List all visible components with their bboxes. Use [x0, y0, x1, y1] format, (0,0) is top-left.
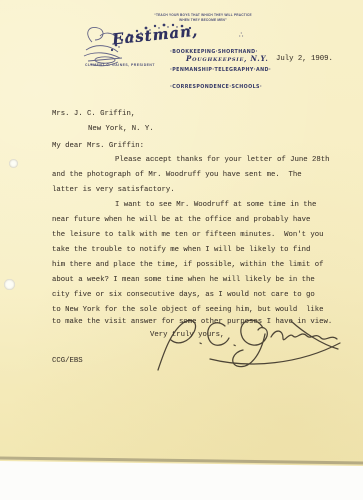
initials-line: CCG/EBS [52, 357, 83, 365]
body-line: city five or six consecutive days, as I … [52, 291, 315, 299]
body-line: and the photograph of Mr. Woodruff you h… [52, 171, 302, 179]
body-line: about a week? I mean some time when he w… [52, 276, 315, 284]
school-line-2: ·PENMANSHIP·TELEGRAPHY·AND· [170, 68, 271, 74]
city-line: Poughkeepsie, N.Y. [186, 54, 269, 63]
school-line-3: ·CORRESPONDENCE·SCHOOLS· [170, 85, 271, 91]
date-line: July 2, 1909. [276, 55, 333, 63]
scan-background: “TEACH YOUR BOYS THAT WHICH THEY WILL PR… [0, 0, 363, 500]
punch-hole-bottom [4, 279, 15, 290]
handwritten-signature [140, 312, 345, 378]
body-line: near future when he will be at the offic… [52, 216, 310, 224]
body-line: I want to see Mr. Woodruff at some time … [115, 201, 316, 209]
recipient-line-2: New York, N. Y. [88, 125, 154, 133]
body-line: him there and place the time, if possibl… [52, 261, 324, 269]
school-lines: ·BOOKKEEPING·SHORTHAND· ·PENMANSHIP·TELE… [170, 38, 271, 103]
salutation-line: My dear Mrs. Griffin: [52, 142, 144, 150]
body-line: the leisure to talk with me ten or fifte… [52, 231, 324, 239]
body-line: latter is very satisfactory. [52, 186, 175, 194]
recipient-line-1: Mrs. J. C. Griffin, [52, 110, 135, 118]
president-line: CLEMENT C. GAINES, PRESIDENT [85, 63, 155, 67]
body-line: Please accept thanks for your letter of … [115, 156, 330, 164]
punch-hole-top [9, 159, 18, 168]
body-line: take the trouble to notify me when I wil… [52, 246, 310, 254]
letter-paper: “TEACH YOUR BOYS THAT WHICH THEY WILL PR… [0, 0, 363, 467]
